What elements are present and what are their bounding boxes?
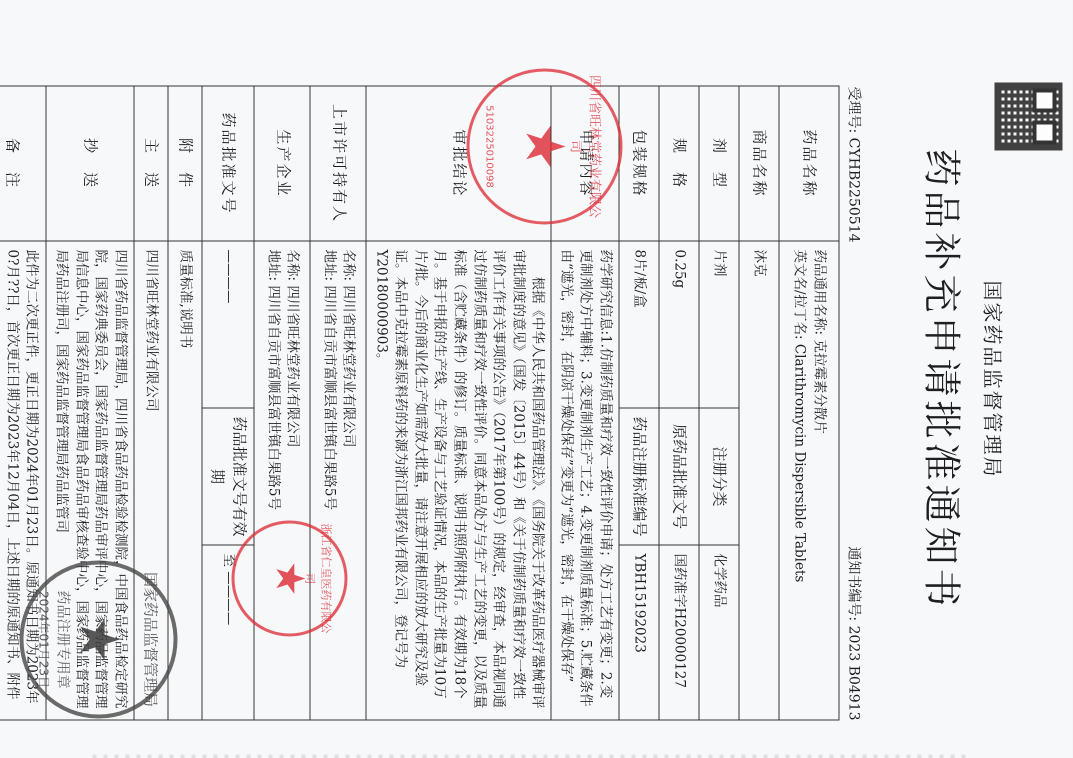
label: 药品批准文号有效期 [202,408,255,545]
notice-number: 通知书编号: 2023 B04913 [845,546,865,720]
value: 8片/板/盒 [619,241,659,408]
label: 规 格 [659,86,699,241]
approval-notice-page: 国家药品监督管理局 药品补充申请批准通知书 受理号: CYHB2250514 通… [0,1,1073,758]
acceptance-number: 受理号: CYHB2250514 [845,87,865,243]
row-application: 申请内容 药学研究信息:1.仿制药质量和疗效一致性评价申请；处方工艺有变更；2.… [551,86,619,720]
value: 化学药品 [699,545,739,720]
acceptance-number-label: 受理号: [846,87,862,134]
row-main-recipient: 主 送 四川省旺林堂药业有限公司 [134,86,168,720]
value: 药品通用名称: 克拉霉素分散片 英文名/拉丁名: Clarithromycin … [779,241,839,720]
english-name: Clarithromycin Dispersible Tablets [792,344,808,582]
row-package: 包装规格 8片/板/盒 药品注册标准编号 YBH15192023 [619,86,659,720]
value: 片剂 [699,241,739,408]
value: 国药准字H20000127 [659,545,699,720]
label: 备 注 [0,86,47,241]
address-label: 地址: [321,250,337,282]
value: 四川省旺林堂药业有限公司 [134,241,168,720]
label: 药品批准文号 [202,86,255,241]
english-name-label: 英文名/拉丁名: [792,250,808,340]
value: 名称: 四川省旺林堂药业有限公司 地址: 四川省自贡市富顺县富世镇白果路5号 [254,241,310,720]
address: 四川省自贡市富顺县富世镇白果路5号 [321,285,337,510]
name: 四川省旺林堂药业有限公司 [341,285,357,447]
value: 根据《中华人民共和国药品管理法》、《国务院关于改革药品医疗器械审评审批制度的意见… [366,241,551,720]
row-trade-name: 商品名称 沐克 [739,86,779,720]
row-mah: 上市许可持有人 名称: 四川省旺林堂药业有限公司 地址: 四川省自贡市富顺县富世… [310,86,366,720]
label: 上市许可持有人 [310,86,366,241]
label: 注册分类 [699,408,739,545]
value: 至 ———— [202,545,255,720]
row-dosage-form: 剂 型 片剂 注册分类 化学药品 [699,86,739,720]
notice-number-label: 通知书编号: [846,546,862,621]
row-remarks: 备 注 此件为二次更正件，更正日期为2024年01月23日。原通知书日期为202… [0,86,47,720]
name-label: 名称: [341,250,357,282]
acceptance-number-value: CYHB2250514 [846,138,862,243]
row-cc: 抄 送 四川省药品监督管理局，四川省食品药品检验检测院，中国食品药品检定研究院，… [47,86,134,720]
value: 此件为二次更正件，更正日期为2024年01月23日。原通知书日期为2023年0?… [0,241,47,720]
value: 药学研究信息:1.仿制药质量和疗效一致性评价申请；处方工艺有变更；2.变更制剂处… [551,241,619,720]
value: 质量标准,说明书 [168,241,202,720]
label: 抄 送 [47,86,134,241]
issuing-agency: 国家药品监督管理局 [980,1,1009,758]
generic-name: 克拉霉素分散片 [812,339,828,434]
label: 商品名称 [739,86,779,241]
value: YBH15192023 [619,545,659,720]
value: ———— [202,241,255,408]
address: 四川省自贡市富顺县富世镇白果路5号 [265,285,281,510]
row-drug-name: 药品名称 药品通用名称: 克拉霉素分散片 英文名/拉丁名: Clarithrom… [779,86,839,720]
notice-number-value: 2023 B04913 [846,626,862,721]
name: 四川省旺林堂药业有限公司 [285,285,301,447]
value: 沐克 [739,241,779,720]
label: 药品名称 [779,86,839,241]
label: 申请内容 [551,86,619,241]
label: 包装规格 [619,86,659,241]
label: 原药品批准文号 [659,408,699,545]
value: 四川省药品监督管理局，四川省食品药品检验检测院，中国食品药品检定研究院，国家药典… [47,241,134,720]
row-conclusion: 审批结论 根据《中华人民共和国药品管理法》、《国务院关于改革药品医疗器械审评审批… [366,86,551,720]
label: 附 件 [168,86,202,241]
address-label: 地址: [265,250,281,282]
row-approval-number: 药品批准文号 ———— 药品批准文号有效期 至 ———— [202,86,255,720]
scan-edge [93,755,973,758]
name-label: 名称: [285,250,301,282]
approval-table: 药品名称 药品通用名称: 克拉霉素分散片 英文名/拉丁名: Clarithrom… [0,86,840,721]
label: 生产企业 [254,86,310,241]
row-attachment: 附 件 质量标准,说明书 [168,86,202,720]
row-manufacturer: 生产企业 名称: 四川省旺林堂药业有限公司 地址: 四川省自贡市富顺县富世镇白果… [254,86,310,720]
label: 剂 型 [699,86,739,241]
value: 名称: 四川省旺林堂药业有限公司 地址: 四川省自贡市富顺县富世镇白果路5号 [310,241,366,720]
label: 主 送 [134,86,168,241]
row-strength: 规 格 0.25g 原药品批准文号 国药准字H20000127 [659,86,699,720]
value: 0.25g [659,241,699,408]
document-title: 药品补充申请批准通知书 [918,1,973,758]
generic-name-label: 药品通用名称: [812,250,828,336]
label: 药品注册标准编号 [619,408,659,545]
label: 审批结论 [366,86,551,241]
